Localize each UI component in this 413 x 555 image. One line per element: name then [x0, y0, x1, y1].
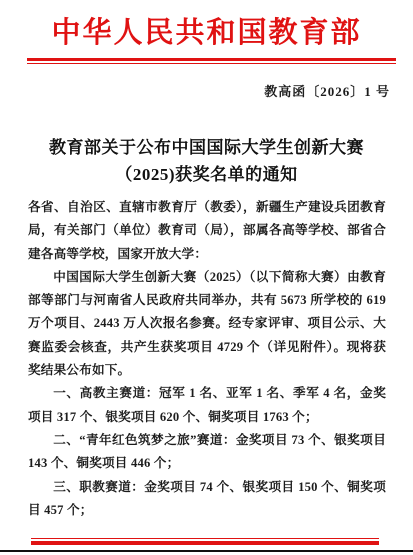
page-bottom-edge	[0, 550, 413, 552]
notice-title: 教育部关于公布中国国际大学生创新大赛 （2025)获奖名单的通知	[0, 134, 413, 188]
paragraph-track-vocational-education: 三、职教赛道：金奖项目 74 个、银奖项目 150 个、铜奖项目 457 个；	[28, 476, 386, 523]
ministry-name-header: 中华人民共和国教育部	[0, 13, 413, 53]
salutation-paragraph: 各省、自治区、直辖市教育厅（教委），新疆生产建设兵团教育局，有关部门（单位）教育…	[28, 196, 386, 266]
document-page: 中华人民共和国教育部 教高函〔2026〕1 号 教育部关于公布中国国际大学生创新…	[0, 0, 413, 555]
red-divider-bottom-thick-line	[31, 541, 379, 545]
notice-title-line1: 教育部关于公布中国国际大学生创新大赛	[0, 134, 413, 161]
paragraph-competition-overview: 中国国际大学生创新大赛（2025）（以下简称大赛）由教育部等部门与河南省人民政府…	[28, 266, 386, 382]
paragraph-track-higher-education: 一、高教主赛道：冠军 1 名、亚军 1 名、季军 4 名，金奖项目 317 个、…	[28, 382, 386, 429]
document-number: 教高函〔2026〕1 号	[264, 81, 390, 100]
notice-title-line2: （2025)获奖名单的通知	[0, 161, 413, 188]
notice-body: 各省、自治区、直辖市教育厅（教委），新疆生产建设兵团教育局，有关部门（单位）教育…	[28, 196, 386, 522]
red-divider-top	[27, 58, 396, 64]
paragraph-track-red-dream-journey: 二、“青年红色筑梦之旅”赛道：金奖项目 73 个、银奖项目 143 个、铜奖项目…	[28, 429, 386, 476]
red-divider-bottom	[31, 538, 379, 545]
red-divider-top-thin-line	[27, 63, 396, 64]
